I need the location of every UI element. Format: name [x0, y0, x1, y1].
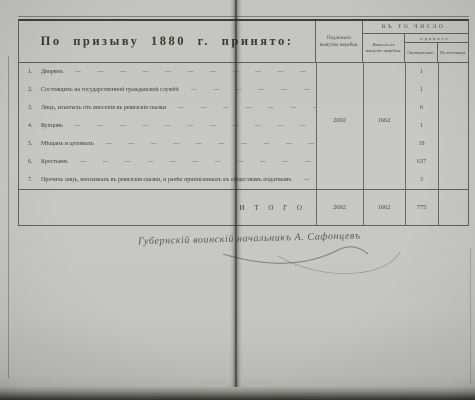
table-top-rule	[18, 16, 469, 17]
row-label: Состоящихъ на государственной гражданско…	[41, 87, 179, 93]
subgroup-header-accepted: принято.	[405, 34, 468, 43]
dash-leader: — — — — — — — — — — — — — — — —	[179, 87, 316, 93]
final-accepted-value: 3	[405, 177, 438, 183]
dash-leader: — — — — — — — — — — — — — — — —	[94, 141, 316, 147]
dash-leader: — — — — — — — — — — — — — — — —	[292, 177, 316, 183]
row-number: 3.	[28, 105, 41, 111]
dash-leader: — — — — — — — — — — — — — — — —	[68, 159, 316, 165]
table-row: 5.Мѣщанъ и цеховыхъ— — — — — — — — — — —…	[19, 135, 468, 153]
table-row: 1.Дворянъ— — — — — — — — — — — — — — — —…	[19, 63, 468, 81]
column-header-final: Окончательно.	[405, 43, 438, 62]
row-label: Прочихъ лицъ, вносимыхъ въ ревизскія ска…	[41, 177, 292, 183]
row-number: 7.	[28, 177, 41, 183]
appeared-value: 1662	[363, 117, 405, 124]
final-accepted-value: 1	[405, 87, 438, 93]
subject-to-lots-value: 2692	[316, 117, 363, 124]
dash-leader: — — — — — — — — — — — — — — — —	[63, 69, 316, 75]
row-label: Мѣщанъ и цеховыхъ	[41, 141, 94, 147]
final-accepted-value: 19	[405, 141, 438, 147]
page-crease-left	[8, 56, 9, 378]
row-number: 1.	[28, 69, 41, 75]
row-number: 6.	[28, 159, 41, 165]
total-appeared-value: 1662	[363, 204, 405, 211]
dash-leader: — — — — — — — — — — — — — — — —	[63, 123, 316, 129]
table-row: 2.Состоящихъ на государственной гражданс…	[19, 81, 468, 99]
page-title: По призыву 1880 г. принято:	[19, 21, 316, 62]
column-header-appeared: Явилось къ вынутію жеребья.	[363, 34, 405, 62]
center-fold-line	[234, 0, 238, 393]
row-label: Крестьянъ	[41, 159, 68, 165]
totals-label: И Т О Г О	[240, 204, 307, 212]
group-header-label: ВЪ ТО ЧИСЛО.	[363, 21, 468, 34]
final-accepted-value: 6	[405, 105, 438, 111]
table-header: По призыву 1880 г. принято: Подлежало вы…	[19, 21, 468, 63]
row-number: 2.	[28, 87, 41, 93]
final-accepted-value: 1	[405, 69, 438, 75]
column-group-in-that-number: ВЪ ТО ЧИСЛО. Явилось къ вынутію жеребья.…	[363, 21, 468, 62]
scan-bottom-edge	[0, 387, 475, 400]
row-number: 5.	[28, 141, 41, 147]
column-header-appeal: По апелляціи.	[438, 43, 468, 62]
table-body: 1.Дворянъ— — — — — — — — — — — — — — — —…	[19, 63, 468, 189]
total-subject-value: 2692	[316, 204, 363, 211]
table-row: 6.Крестьянъ— — — — — — — — — — — — — — —…	[19, 153, 468, 171]
table-row: 7.Прочихъ лицъ, вносимыхъ въ ревизскія с…	[19, 171, 468, 189]
page-crease-right	[470, 248, 471, 384]
final-accepted-value: 637	[405, 159, 438, 165]
row-label: Дворянъ	[41, 69, 63, 75]
row-label: Лицъ, изъятыхъ отъ внесенія въ ревизскія…	[41, 105, 166, 111]
column-header-subject-to-lots: Подлежало вынутію жеребья.	[316, 21, 363, 62]
final-accepted-value: 1	[405, 123, 438, 129]
row-label: Купцовъ	[41, 123, 63, 129]
row-number: 4.	[28, 123, 41, 129]
dash-leader: — — — — — — — — — — — — — — — —	[166, 105, 316, 111]
table-row: 3.Лицъ, изъятыхъ отъ внесенія въ ревизск…	[19, 99, 468, 117]
signature: Губернскій воинскій начальникъ А. Сафонц…	[138, 230, 388, 248]
total-final-value: 775	[405, 204, 438, 211]
totals-row: И Т О Г О 2692 1662 775	[19, 189, 468, 225]
scanned-page: По призыву 1880 г. принято: Подлежало вы…	[0, 0, 475, 400]
conscription-table: По призыву 1880 г. принято: Подлежало вы…	[18, 19, 469, 226]
